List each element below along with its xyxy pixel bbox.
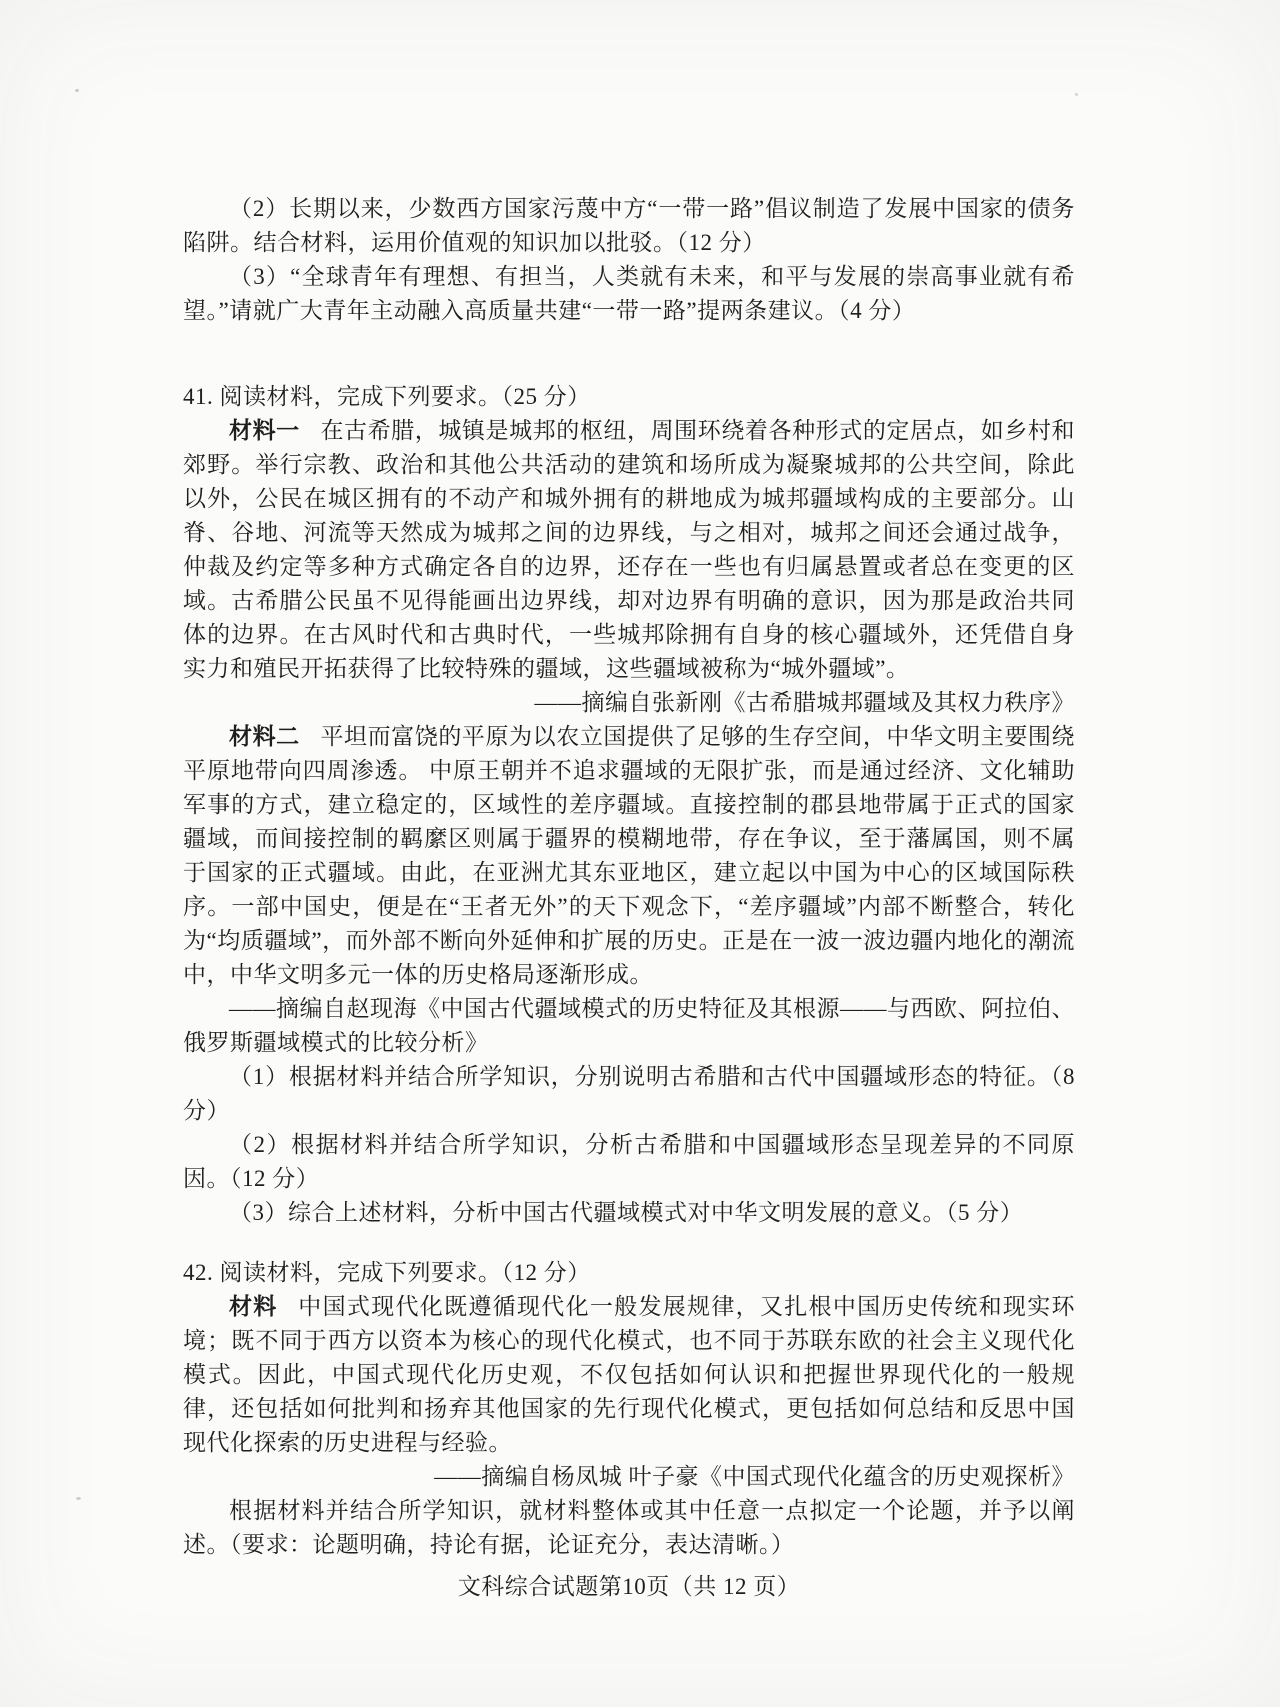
material1-label: 材料一 <box>229 418 300 443</box>
question41-header: 41. 阅读材料，完成下列要求。（25 分） <box>183 380 1075 414</box>
question41-citation2: ——摘编自赵现海《中国古代疆域模式的历史特征及其根源——与西欧、阿拉伯、俄罗斯疆… <box>183 992 1075 1060</box>
scan-speck <box>76 1497 81 1500</box>
exam-content: （2）长期以来，少数西方国家污蔑中方“一带一路”倡议制造了发展中国家的债务陷阱。… <box>183 192 1075 1604</box>
question41-sub3: （3）综合上述材料，分析中国古代疆域模式对中华文明发展的意义。（5 分） <box>183 1196 1075 1230</box>
material42-label: 材料 <box>229 1294 278 1319</box>
question42-citation: ——摘编自杨凤城 叶子豪《中国式现代化蕴含的历史观探析》 <box>183 1460 1075 1494</box>
material42-text: 中国式现代化既遵循现代化一般发展规律，又扎根中国历史传统和现实环境；既不同于西方… <box>183 1294 1075 1455</box>
question41-material2: 材料二平坦而富饶的平原为以农立国提供了足够的生存空间，中华文明主要围绕平原地带向… <box>183 720 1075 992</box>
page-footer: 文科综合试题第10页（共 12 页） <box>183 1570 1075 1604</box>
question41-sub2: （2）根据材料并结合所学知识，分析古希腊和中国疆域形态呈现差异的不同原因。（12… <box>183 1128 1075 1196</box>
question40-part2: （2）长期以来，少数西方国家污蔑中方“一带一路”倡议制造了发展中国家的债务陷阱。… <box>183 192 1075 260</box>
question41-sub1: （1）根据材料并结合所学知识，分别说明古希腊和古代中国疆域形态的特征。（8 分） <box>183 1060 1075 1128</box>
scanned-exam-page: （2）长期以来，少数西方国家污蔑中方“一带一路”倡议制造了发展中国家的债务陷阱。… <box>0 0 1280 1707</box>
question40-part3: （3）“全球青年有理想、有担当，人类就有未来，和平与发展的崇高事业就有希望。”请… <box>183 260 1075 328</box>
question42-material: 材料中国式现代化既遵循现代化一般发展规律，又扎根中国历史传统和现实环境；既不同于… <box>183 1290 1075 1460</box>
material1-text: 在古希腊，城镇是城邦的枢纽，周围环绕着各种形式的定居点，如乡村和郊野。举行宗教、… <box>183 418 1075 681</box>
question42-task: 根据材料并结合所学知识，就材料整体或其中任意一点拟定一个论题，并予以阐述。（要求… <box>183 1494 1075 1562</box>
question42-header: 42. 阅读材料，完成下列要求。（12 分） <box>183 1256 1075 1290</box>
material2-label: 材料二 <box>229 724 300 749</box>
question41-material1: 材料一在古希腊，城镇是城邦的枢纽，周围环绕着各种形式的定居点，如乡村和郊野。举行… <box>183 414 1075 686</box>
question41-citation1: ——摘编自张新刚《古希腊城邦疆域及其权力秩序》 <box>183 686 1075 720</box>
material2-text: 平坦而富饶的平原为以农立国提供了足够的生存空间，中华文明主要围绕平原地带向四周渗… <box>183 724 1075 987</box>
scan-speck <box>1075 93 1078 96</box>
scan-speck <box>75 89 79 92</box>
